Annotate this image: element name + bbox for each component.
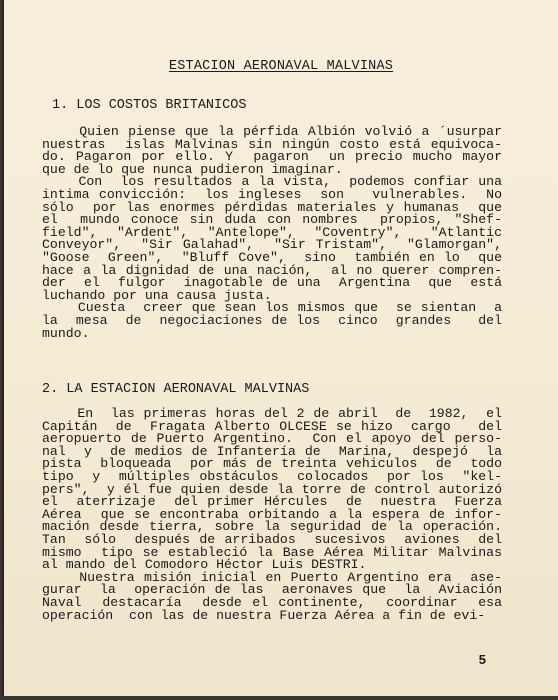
- section-heading-1: 1. LOS COSTOS BRITANICOS: [52, 98, 246, 113]
- text-line: mundo.: [42, 328, 502, 341]
- text-line: la mesa de negociaciones de los cinco gr…: [42, 315, 502, 328]
- section-1-body: Quien piense que la pérfida Albión volvi…: [42, 126, 502, 340]
- section-2-body: En las primeras horas del 2 de abril de …: [42, 408, 502, 622]
- text-line: operación con las de nuestra Fuerza Aére…: [42, 610, 502, 623]
- document-page: ESTACION AERONAVAL MALVINAS 1. LOS COSTO…: [2, 0, 558, 696]
- page-number: 5: [479, 652, 486, 667]
- section-heading-2: 2. LA ESTACION AERONAVAL MALVINAS: [42, 382, 309, 397]
- page-title: ESTACION AERONAVAL MALVINAS: [4, 59, 558, 74]
